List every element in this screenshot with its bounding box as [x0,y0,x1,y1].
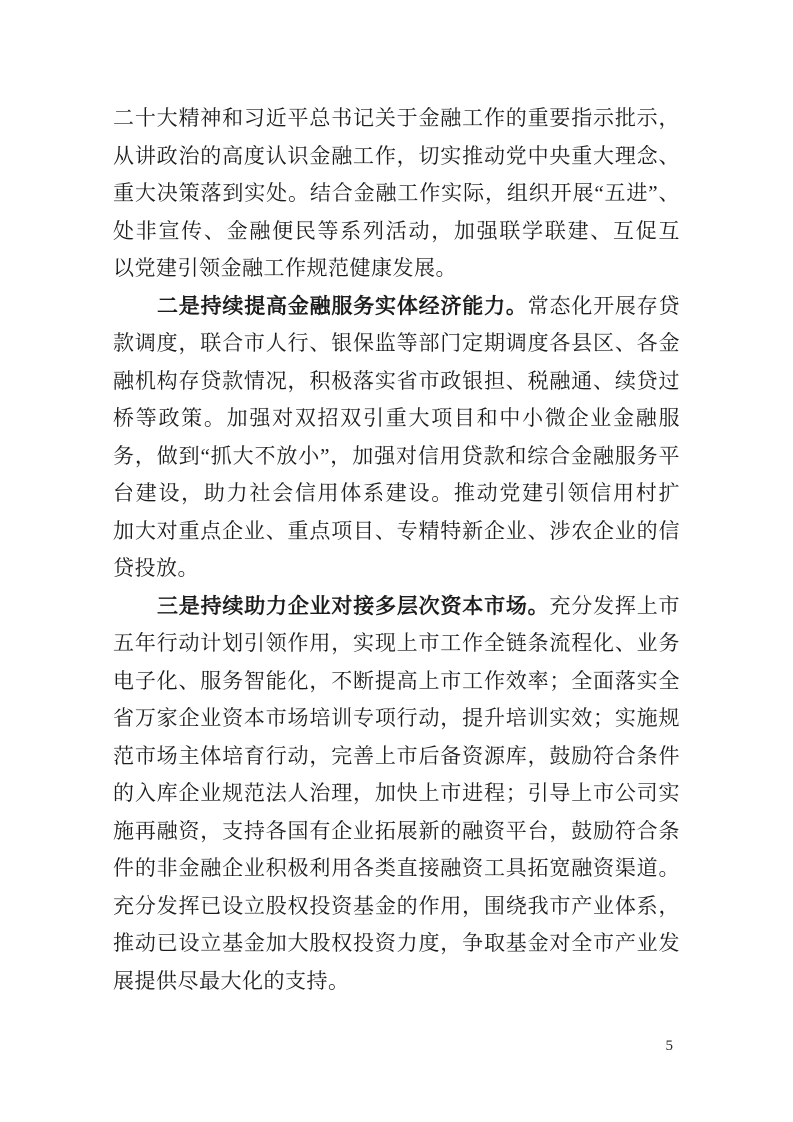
line-text: 务，做到“抓大不放小”，加强对信用贷款和综合金融服务平 [113,444,680,468]
line-text: 施再融资，支持各国有企业拓展新的融资平台，鼓励符合条 [113,819,680,843]
line-text: 处非宣传、金融便民等系列活动，加强联学联建、互促互学， [113,219,680,251]
text-line: 贷投放。 [113,550,680,588]
document-page: 二十大精神和习近平总书记关于金融工作的重要指示批示， 从讲政治的高度认识金融工作… [0,0,793,1122]
text-line: 三是持续助力企业对接多层次资本市场。充分发挥上市 [113,588,680,626]
line-text: 重大决策落到实处。结合金融工作实际，组织开展“五进”、 [113,181,680,205]
line-text: 件的非金融企业积极利用各类直接融资工具拓宽融资渠道。 [113,856,680,880]
line-text: 常态化开展存贷 [528,294,680,318]
text-line: 推动已设立基金加大股权投资力度，争取基金对全市产业发 [113,925,680,963]
line-text: 台建设，助力社会信用体系建设。推动党建引领信用村扩面。 [113,481,680,513]
text-line: 展提供尽最大化的支持。 [113,963,680,1001]
line-text: 桥等政策。加强对双招双引重大项目和中小微企业金融服 [113,406,680,430]
text-line: 台建设，助力社会信用体系建设。推动党建引领信用村扩面。 [113,475,680,513]
bold-lead-text: 二是持续提高金融服务实体经济能力。 [157,294,528,318]
line-text: 充分发挥上市 [549,594,680,618]
text-line: 件的非金融企业积极利用各类直接融资工具拓宽融资渠道。 [113,850,680,888]
text-line: 以党建引领金融工作规范健康发展。 [113,250,680,288]
line-text: 展提供尽最大化的支持。 [113,969,350,993]
text-line: 二是持续提高金融服务实体经济能力。常态化开展存贷 [113,288,680,326]
line-text: 的入库企业规范法人治理，加快上市进程；引导上市公司实 [113,781,680,805]
line-text: 推动已设立基金加大股权投资力度，争取基金对全市产业发 [113,931,680,955]
text-line: 的入库企业规范法人治理，加快上市进程；引导上市公司实 [113,775,680,813]
text-line: 处非宣传、金融便民等系列活动，加强联学联建、互促互学， [113,213,680,251]
page-number: 5 [666,1035,674,1057]
line-text: 融机构存贷款情况，积极落实省市政银担、税融通、续贷过 [113,369,680,393]
text-line: 款调度，联合市人行、银保监等部门定期调度各县区、各金 [113,325,680,363]
text-line: 省万家企业资本市场培训专项行动，提升培训实效；实施规 [113,700,680,738]
line-text: 加大对重点企业、重点项目、专精特新企业、涉农企业的信 [113,519,680,543]
text-line: 充分发挥已设立股权投资基金的作用，围绕我市产业体系， [113,888,680,926]
paragraph-continuation: 二十大精神和习近平总书记关于金融工作的重要指示批示， 从讲政治的高度认识金融工作… [113,100,680,288]
text-line: 五年行动计划引领作用，实现上市工作全链条流程化、业务 [113,625,680,663]
text-line: 融机构存贷款情况，积极落实省市政银担、税融通、续贷过 [113,363,680,401]
text-line: 电子化、服务智能化，不断提高上市工作效率；全面落实全 [113,663,680,701]
page-footer: 5 [0,1035,793,1057]
text-line: 重大决策落到实处。结合金融工作实际，组织开展“五进”、 [113,175,680,213]
line-text: 省万家企业资本市场培训专项行动，提升培训实效；实施规 [113,706,680,730]
text-line: 二十大精神和习近平总书记关于金融工作的重要指示批示， [113,100,680,138]
document-body: 二十大精神和习近平总书记关于金融工作的重要指示批示， 从讲政治的高度认识金融工作… [113,100,680,1000]
text-line: 桥等政策。加强对双招双引重大项目和中小微企业金融服 [113,400,680,438]
line-text: 贷投放。 [113,556,199,580]
text-line: 范市场主体培育行动，完善上市后备资源库，鼓励符合条件 [113,738,680,776]
line-text: 款调度，联合市人行、银保监等部门定期调度各县区、各金 [113,331,680,355]
line-text: 电子化、服务智能化，不断提高上市工作效率；全面落实全 [113,669,680,693]
line-text: 二十大精神和习近平总书记关于金融工作的重要指示批示， [113,106,680,130]
text-line: 从讲政治的高度认识金融工作，切实推动党中央重大理念、 [113,138,680,176]
paragraph-section-3: 三是持续助力企业对接多层次资本市场。充分发挥上市 五年行动计划引领作用，实现上市… [113,588,680,1001]
text-line: 务，做到“抓大不放小”，加强对信用贷款和综合金融服务平 [113,438,680,476]
line-text: 以党建引领金融工作规范健康发展。 [113,256,457,280]
line-text: 充分发挥已设立股权投资基金的作用，围绕我市产业体系， [113,894,680,918]
paragraph-section-2: 二是持续提高金融服务实体经济能力。常态化开展存贷 款调度，联合市人行、银保监等部… [113,288,680,588]
line-text: 范市场主体培育行动，完善上市后备资源库，鼓励符合条件 [113,744,680,768]
line-text: 五年行动计划引领作用，实现上市工作全链条流程化、业务 [113,631,680,655]
text-line: 加大对重点企业、重点项目、专精特新企业、涉农企业的信 [113,513,680,551]
line-text: 从讲政治的高度认识金融工作，切实推动党中央重大理念、 [113,144,680,168]
text-line: 施再融资，支持各国有企业拓展新的融资平台，鼓励符合条 [113,813,680,851]
bold-lead-text: 三是持续助力企业对接多层次资本市场。 [157,594,549,618]
